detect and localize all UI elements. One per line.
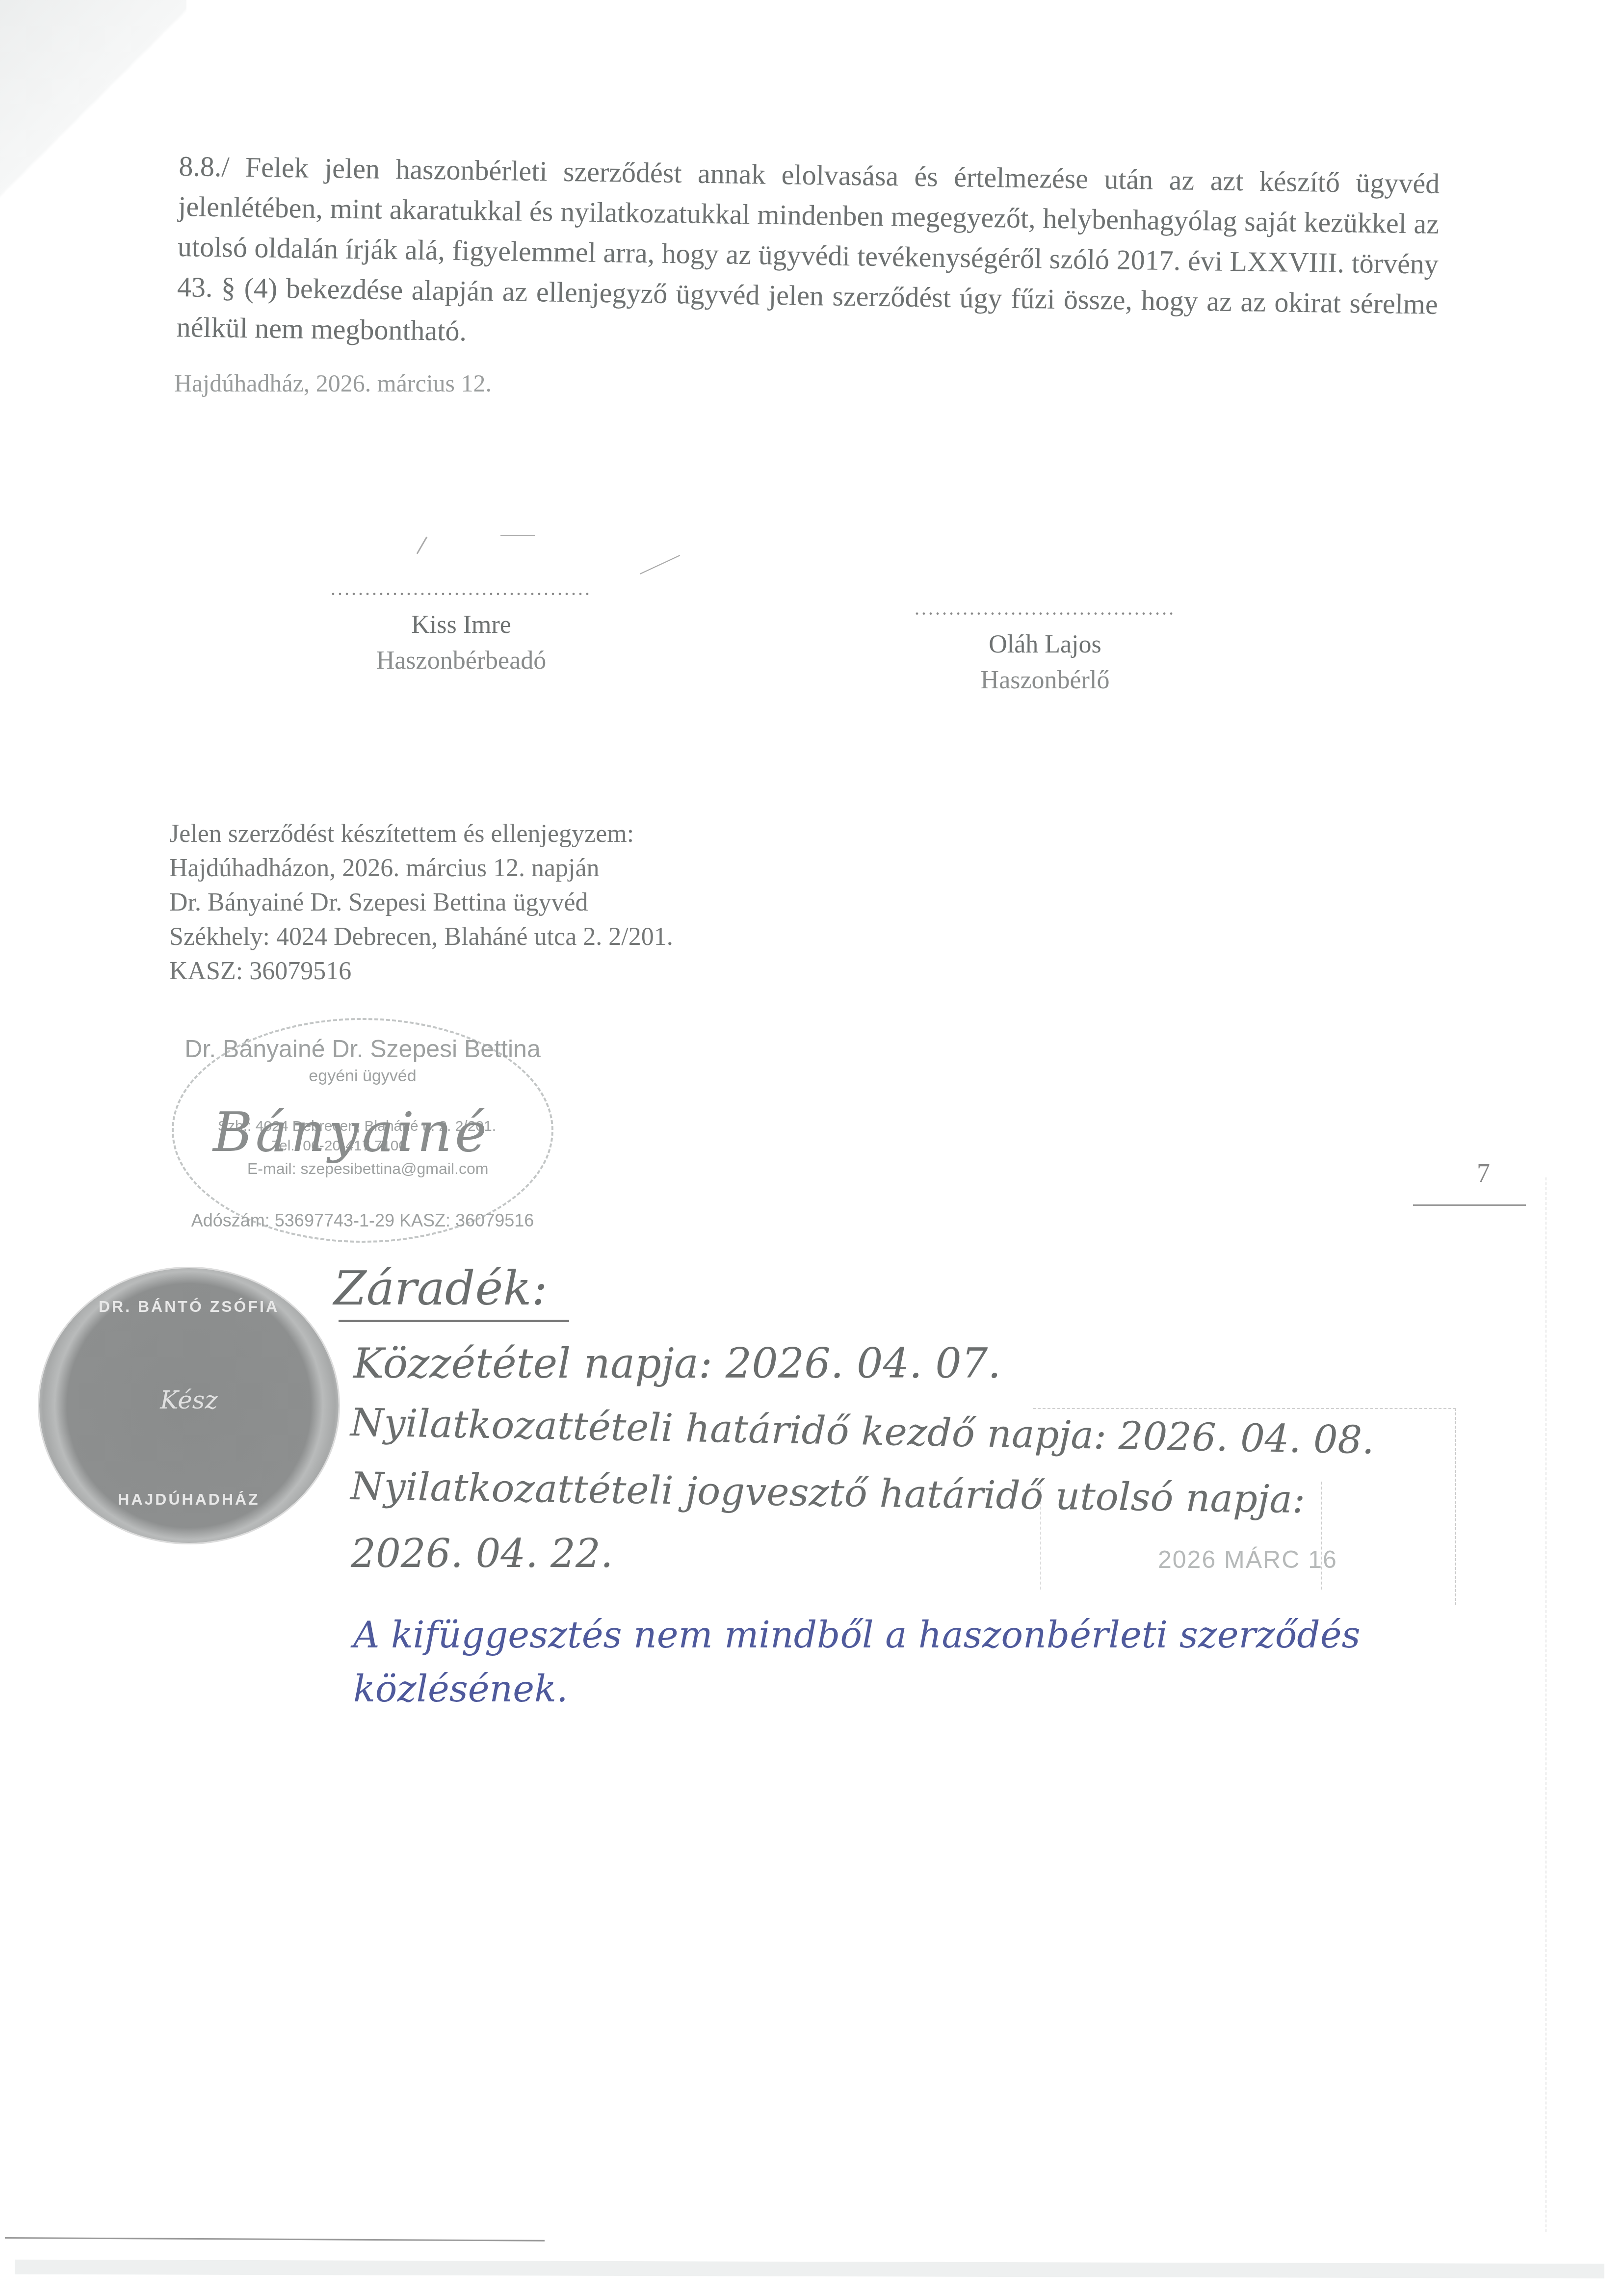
title-underline [339,1320,569,1322]
footer-rule [5,2237,545,2242]
page-number: 7 [1477,1158,1490,1188]
stamp-subtitle: egyéni ügyvéd [174,1067,551,1086]
handwritten-note-blue-cont: közlésének. [353,1668,568,1710]
signature-block-tenant: ...................................... O… [859,599,1231,695]
attestation-line: Székhely: 4024 Debrecen, Blaháné utca 2.… [169,920,673,954]
signature-block-landlord: ...................................... K… [275,579,648,675]
seal-center-signature: Kész [39,1386,339,1414]
clause-8-8-paragraph: 8.8./ Felek jelen haszonbérleti szerződé… [176,146,1440,365]
scan-edge-line [1545,1177,1546,2232]
handwritten-clause-title: Záradék: [334,1261,548,1316]
lawyer-attestation: Jelen szerződést készítettem és ellenjeg… [169,817,673,989]
signer-role: Haszonbérlő [859,666,1231,695]
attestation-line: Jelen szerződést készítettem és ellenjeg… [169,817,673,851]
scan-bottom-shadow [15,2260,1604,2278]
folded-corner-shadow [0,0,186,245]
seal-top-text: DR. BÁNTÓ ZSÓFIA [39,1298,339,1316]
landlord-signature-stroke-2 [500,535,535,536]
handwritten-note-blue: A kifüggesztés nem mindből a haszonbérle… [353,1614,1361,1656]
attestation-line: Hajdúhadházon, 2026. március 12. napján [169,851,673,886]
stamp-name: Dr. Bányainé Dr. Szepesi Bettina [174,1035,551,1063]
handwritten-line-deadline-end-date: 2026. 04. 22. [351,1531,613,1576]
received-stamp-date: 2026 MÁRC 16 [1158,1545,1337,1574]
attestation-line: KASZ: 36079516 [169,954,673,989]
signature-line: ...................................... [859,599,1231,618]
attestation-line: Dr. Bányainé Dr. Szepesi Bettina ügyvéd [169,886,673,920]
handwritten-line-publication-date: Közzététel napja: 2026. 04. 07. [353,1339,1001,1387]
signer-name: Oláh Lajos [859,630,1231,659]
lawyer-stamp: Dr. Bányainé Dr. Szepesi Bettina egyéni … [172,1018,553,1243]
landlord-signature-stroke-3 [640,555,680,574]
signer-name: Kiss Imre [275,610,648,639]
landlord-signature-stroke [417,536,428,554]
seal-bottom-text: HAJDÚHADHÁZ [39,1490,339,1509]
page-number-rule [1413,1204,1526,1206]
signer-role: Haszonbérbeadó [275,646,648,675]
lawyer-signature: Bányainé [213,1101,490,1164]
stamp-tax-ids: Adószám: 53697743-1-29 KASZ: 36079516 [174,1210,551,1231]
embossed-seal: DR. BÁNTÓ ZSÓFIA Kész HAJDÚHADHÁZ [39,1268,339,1543]
place-date: Hajdúhadház, 2026. március 12. [174,369,492,397]
signature-line: ...................................... [275,579,648,599]
